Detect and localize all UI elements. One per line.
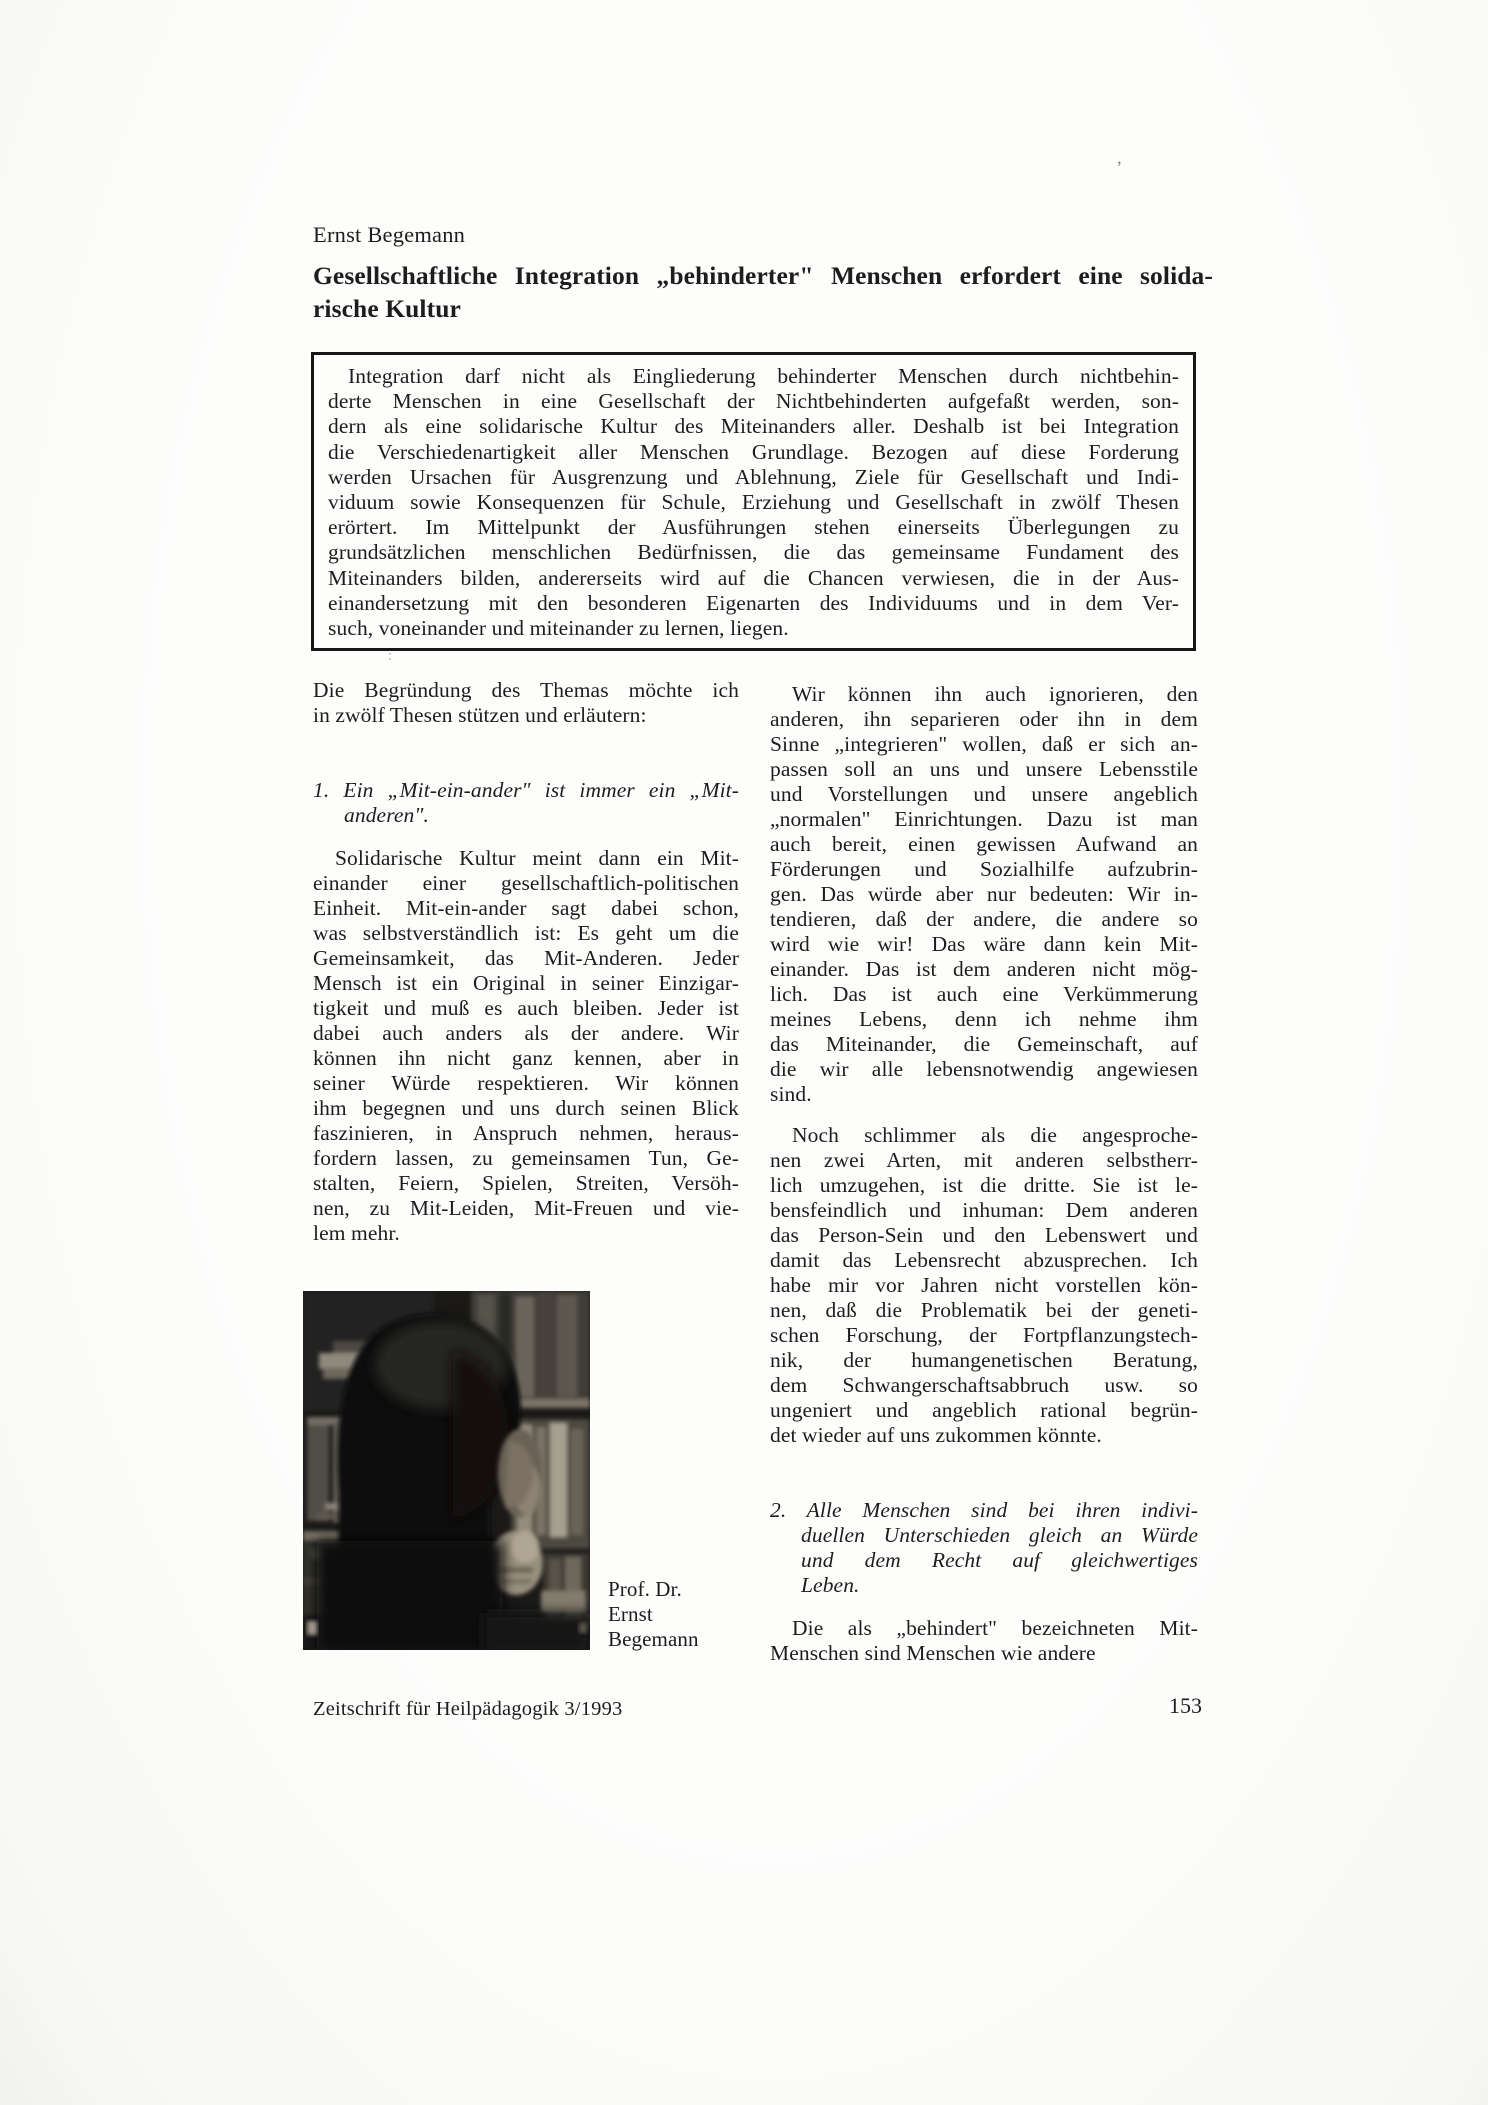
column-right: Wir können ihn auch ignorieren, denander… bbox=[770, 682, 1198, 1666]
text-line: werden Ursachen für Ausgrenzung und Able… bbox=[328, 465, 1179, 490]
body-paragraph: Solidarische Kultur meint dann ein Mit-e… bbox=[313, 846, 739, 1246]
text-line: auch bereit, einen gewissen Aufwand an bbox=[770, 832, 1198, 857]
text-line: seiner Würde respektieren. Wir können bbox=[313, 1071, 739, 1096]
text-line: und Vorstellungen und unsere angeblich bbox=[770, 782, 1198, 807]
column-left: Die Begründung des Themas möchte ichin z… bbox=[313, 678, 739, 1650]
body-paragraph: Wir können ihn auch ignorieren, denander… bbox=[770, 682, 1198, 1107]
text-line: erörtert. Im Mittelpunkt der Ausführunge… bbox=[328, 515, 1179, 540]
text-line: tendieren, daß der andere, die andere so bbox=[770, 907, 1198, 932]
text-line: 1. Ein „Mit-ein-ander" ist immer ein „Mi… bbox=[313, 778, 739, 803]
text-line: dem Schwangerschaftsabbruch usw. so bbox=[770, 1373, 1198, 1398]
text-line: Solidarische Kultur meint dann ein Mit- bbox=[313, 846, 739, 871]
text-line: habe mir vor Jahren nicht vorstellen kön… bbox=[770, 1273, 1198, 1298]
text-line: das Person-Sein und den Lebenswert und bbox=[770, 1223, 1198, 1248]
text-line: 2. Alle Menschen sind bei ihren indivi- bbox=[770, 1498, 1198, 1523]
text-line: Gemeinsamkeit, das Mit-Anderen. Jeder bbox=[313, 946, 739, 971]
text-line: wird wie wir! Das wäre dann kein Mit- bbox=[770, 932, 1198, 957]
text-line: damit das Lebensrecht abzusprechen. Ich bbox=[770, 1248, 1198, 1273]
text-line: fordern lassen, zu gemeinsamen Tun, Ge- bbox=[313, 1146, 739, 1171]
page-number: 153 bbox=[1140, 1693, 1202, 1719]
text-line: ihm begegnen und uns durch seinen Blick bbox=[313, 1096, 739, 1121]
text-line: lich umzugehen, ist die dritte. Sie ist … bbox=[770, 1173, 1198, 1198]
text-line: meines Lebens, denn ich nehme ihm bbox=[770, 1007, 1198, 1032]
thesis-paragraph: 2. Alle Menschen sind bei ihren indivi-d… bbox=[770, 1498, 1198, 1598]
text-line: stalten, Feiern, Spielen, Streiten, Vers… bbox=[313, 1171, 739, 1196]
text-line: Die Begründung des Themas möchte ich bbox=[313, 678, 739, 703]
text-line: gen. Das würde aber nur bedeuten: Wir in… bbox=[770, 882, 1198, 907]
text-line: ungeniert und angeblich rational begrün- bbox=[770, 1398, 1198, 1423]
thesis-paragraph: 1. Ein „Mit-ein-ander" ist immer ein „Mi… bbox=[313, 778, 739, 828]
text-line: duellen Unterschieden gleich an Würde bbox=[801, 1523, 1198, 1548]
portrait-photo: Prof. Dr.ErnstBegemann bbox=[303, 1291, 590, 1650]
text-line: können ihn nicht ganz kennen, aber in bbox=[313, 1046, 739, 1071]
portrait-photo-image bbox=[303, 1291, 590, 1650]
text-line: in zwölf Thesen stützen und erläutern: bbox=[313, 703, 739, 728]
text-line: Menschen sind Menschen wie andere bbox=[770, 1641, 1198, 1666]
text-line: und dem Recht auf gleichwertiges bbox=[801, 1548, 1198, 1573]
text-line: tigkeit und muß es auch bleiben. Jeder i… bbox=[313, 996, 739, 1021]
text-line: Mensch ist ein Original in seiner Einzig… bbox=[313, 971, 739, 996]
text-line: lem mehr. bbox=[313, 1221, 739, 1246]
text-line: viduum sowie Konsequenzen für Schule, Er… bbox=[328, 490, 1179, 515]
text-line: Wir können ihn auch ignorieren, den bbox=[770, 682, 1198, 707]
text-line: einander. Das ist dem anderen nicht mög- bbox=[770, 957, 1198, 982]
body-paragraph: Die als „behindert" bezeichneten Mit-Men… bbox=[770, 1616, 1198, 1666]
text-line: die Verschiedenartigkeit aller Menschen … bbox=[328, 440, 1179, 465]
text-line: det wieder auf uns zukommen könnte. bbox=[770, 1423, 1198, 1448]
text-line: die wir alle lebensnotwendig angewiesen bbox=[770, 1057, 1198, 1082]
body-paragraph: Die Begründung des Themas möchte ichin z… bbox=[313, 678, 739, 728]
text-line: schen Forschung, der Fortpflanzungstech- bbox=[770, 1323, 1198, 1348]
text-line: Sinne „integrieren" wollen, daß er sich … bbox=[770, 732, 1198, 757]
author-byline: Ernst Begemann bbox=[313, 222, 465, 248]
photo-caption: Prof. Dr.ErnstBegemann bbox=[608, 1577, 768, 1652]
text-line: „normalen" Einrichtungen. Dazu ist man bbox=[770, 807, 1198, 832]
text-line: rische Kultur bbox=[313, 293, 1213, 326]
text-line: such, voneinander und miteinander zu ler… bbox=[328, 616, 1179, 641]
text-line: nen, daß die Problematik bei der geneti- bbox=[770, 1298, 1198, 1323]
text-line: sind. bbox=[770, 1082, 1198, 1107]
text-line: Miteinanders bilden, andererseits wird a… bbox=[328, 566, 1179, 591]
text-line: Die als „behindert" bezeichneten Mit- bbox=[770, 1616, 1198, 1641]
text-line: anderen". bbox=[344, 803, 739, 828]
text-line: nik, der humangenetischen Beratung, bbox=[770, 1348, 1198, 1373]
text-line: dern als eine solidarische Kultur des Mi… bbox=[328, 414, 1179, 439]
text-line: passen soll an uns und unsere Lebensstil… bbox=[770, 757, 1198, 782]
text-line: Gesellschaftliche Integration „behindert… bbox=[313, 260, 1213, 293]
text-line: faszinieren, in Anspruch nehmen, heraus- bbox=[313, 1121, 739, 1146]
text-line: anderen, ihn separieren oder ihn in dem bbox=[770, 707, 1198, 732]
text-line: Noch schlimmer als die angesproche- bbox=[770, 1123, 1198, 1148]
text-line: nen zwei Arten, mit anderen selbstherr- bbox=[770, 1148, 1198, 1173]
text-line: das Miteinander, die Gemeinschaft, auf bbox=[770, 1032, 1198, 1057]
text-line: lich. Das ist auch eine Verkümmerung bbox=[770, 982, 1198, 1007]
text-line: dabei auch anders als der andere. Wir bbox=[313, 1021, 739, 1046]
text-line: Förderungen und Sozialhilfe aufzubrin- bbox=[770, 857, 1198, 882]
text-line: einandersetzung mit den besonderen Eigen… bbox=[328, 591, 1179, 616]
text-line: Begemann bbox=[608, 1627, 768, 1652]
portrait-photo-artwork bbox=[303, 1291, 590, 1650]
text-line: nen, zu Mit-Leiden, Mit-Freuen und vie- bbox=[313, 1196, 739, 1221]
scan-artifact-mark: : bbox=[388, 648, 392, 665]
text-line: einander einer gesellschaftlich-politisc… bbox=[313, 871, 739, 896]
text-line: Einheit. Mit-ein-ander sagt dabei schon, bbox=[313, 896, 739, 921]
text-line: Prof. Dr. bbox=[608, 1577, 768, 1602]
text-line: Integration darf nicht als Eingliederung… bbox=[328, 364, 1179, 389]
body-paragraph: Noch schlimmer als die angesproche-nen z… bbox=[770, 1123, 1198, 1448]
abstract-box: Integration darf nicht als Eingliederung… bbox=[311, 352, 1196, 651]
text-line: Ernst bbox=[608, 1602, 768, 1627]
scanned-journal-page: Ernst Begemann Gesellschaftliche Integra… bbox=[0, 0, 1488, 2105]
text-line: Leben. bbox=[801, 1573, 1198, 1598]
scan-artifact-mark: ’ bbox=[1116, 158, 1122, 180]
article-title: Gesellschaftliche Integration „behindert… bbox=[313, 260, 1213, 325]
text-line: grundsätzlichen menschlichen Bedürfnisse… bbox=[328, 540, 1179, 565]
text-line: was selbstverständlich ist: Es geht um d… bbox=[313, 921, 739, 946]
text-line: derte Menschen in eine Gesellschaft der … bbox=[328, 389, 1179, 414]
text-line: bensfeindlich und inhuman: Dem anderen bbox=[770, 1198, 1198, 1223]
footer-journal-title: Zeitschrift für Heilpädagogik 3/1993 bbox=[313, 1698, 623, 1721]
